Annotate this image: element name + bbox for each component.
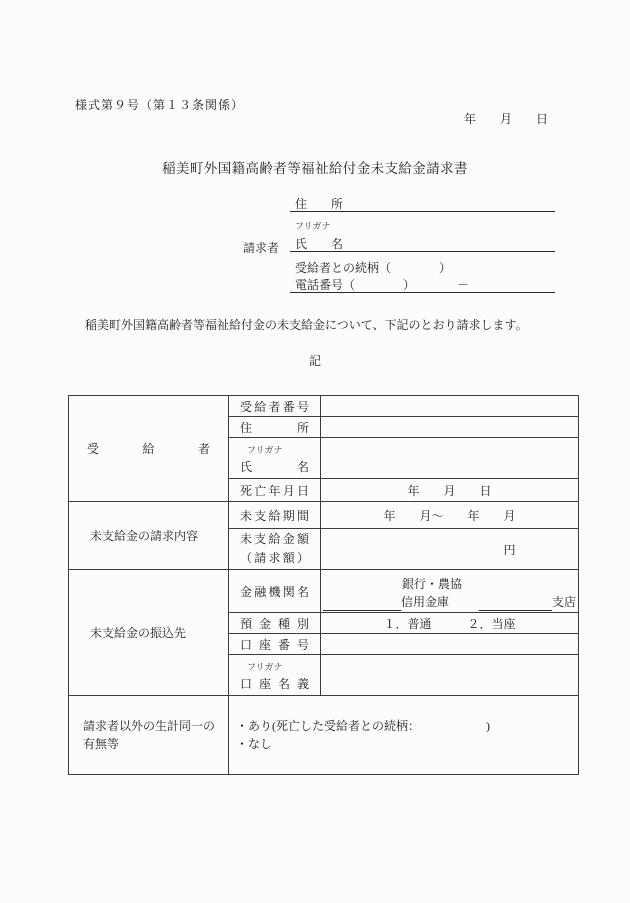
livelihood-label-cell: 請求者以外の生計同一の 有無等 bbox=[69, 696, 229, 775]
account-number-value-cell bbox=[321, 634, 579, 655]
table-row: 受 給 者 受給者番号 bbox=[69, 396, 579, 417]
branch-name-blank-underline bbox=[479, 596, 552, 611]
bank-fill-line: 信用金庫 支店 bbox=[321, 594, 578, 611]
recipient-name-label-cell: フリガナ 氏 名 bbox=[229, 438, 321, 479]
livelihood-option-nashi: ・なし bbox=[236, 735, 578, 753]
recipient-number-value-cell bbox=[321, 396, 579, 417]
unpaid-period-label: 未支給期間 bbox=[229, 502, 321, 529]
account-furigana-label: フリガナ bbox=[229, 660, 320, 675]
bank-name-label: 金融機関名 bbox=[229, 570, 321, 613]
deposit-type-label: 預金種別 bbox=[229, 613, 321, 634]
recipient-address-label: 住 所 bbox=[229, 417, 321, 438]
table-row: 未支給金の振込先 金融機関名 銀行・農協 信用金庫 支店 bbox=[69, 570, 579, 613]
recipient-furigana-label: フリガナ bbox=[229, 443, 320, 458]
claim-group-label: 未支給金の請求内容 bbox=[69, 502, 229, 570]
livelihood-option-ari: ・あり(死亡した受給者との続柄： ) bbox=[236, 717, 578, 735]
death-date-label: 死亡年月日 bbox=[229, 479, 321, 502]
document-page: 様式第９号（第１３条関係） 年 月 日 稲美町外国籍高齢者等福祉給付金未支給金請… bbox=[0, 0, 630, 903]
date-line: 年 月 日 bbox=[464, 110, 548, 127]
unpaid-amount-label: 未支給金額 bbox=[229, 530, 320, 549]
recipient-address-value-cell bbox=[321, 417, 579, 438]
claimant-group-label: 請求者 bbox=[243, 239, 279, 256]
livelihood-label-line2: 有無等 bbox=[83, 735, 228, 753]
claim-amount-sublabel: （請求額） bbox=[229, 549, 320, 568]
account-name-value-cell bbox=[321, 655, 579, 696]
bank-type-bottom: 信用金庫 bbox=[401, 594, 449, 611]
claim-detail-table: 受 給 者 受給者番号 住 所 フリガナ 氏 名 死亡年月日 年 月 日 bbox=[68, 395, 579, 775]
recipient-name-value-cell bbox=[321, 438, 579, 479]
livelihood-label-line1: 請求者以外の生計同一の bbox=[83, 717, 228, 735]
form-number: 様式第９号（第１３条関係） bbox=[75, 96, 244, 113]
amount-unit-yen: 円 bbox=[321, 529, 579, 570]
death-date-value: 年 月 日 bbox=[321, 479, 579, 502]
account-name-label: 口座名義 bbox=[229, 675, 320, 694]
claimant-relation-field: 受給者との続柄（ ） bbox=[295, 259, 451, 276]
unpaid-period-value: 年 月～ 年 月 bbox=[321, 502, 579, 529]
request-statement: 稲美町外国籍高齢者等福祉給付金の未支給金について、下記のとおり請求します。 bbox=[85, 316, 528, 333]
table-row: 未支給金の請求内容 未支給期間 年 月～ 年 月 bbox=[69, 502, 579, 529]
claimant-name-field: 氏 名 bbox=[290, 235, 555, 252]
branch-suffix: 支店 bbox=[552, 594, 576, 611]
recipient-group-label: 受 給 者 bbox=[69, 396, 229, 502]
claimant-address-field: 住 所 bbox=[290, 195, 555, 212]
bank-name-value-cell: 銀行・農協 信用金庫 支店 bbox=[321, 570, 579, 613]
bank-type-top: 銀行・農協 bbox=[321, 574, 578, 594]
section-mark: 記 bbox=[0, 352, 630, 369]
table-row: 請求者以外の生計同一の 有無等 ・あり(死亡した受給者との続柄： ) ・なし bbox=[69, 696, 579, 775]
recipient-number-label: 受給者番号 bbox=[229, 396, 321, 417]
deposit-type-value: １．普通 ２．当座 bbox=[321, 613, 579, 634]
unpaid-amount-label-cell: 未支給金額 （請求額） bbox=[229, 529, 321, 570]
bank-name-blank-underline bbox=[323, 596, 401, 611]
claimant-phone-field: 電話番号（ ） － bbox=[290, 276, 555, 293]
document-title: 稲美町外国籍高齢者等福祉給付金未支給金請求書 bbox=[0, 157, 630, 177]
recipient-name-label: 氏 名 bbox=[229, 458, 320, 477]
transfer-group-label: 未支給金の振込先 bbox=[69, 570, 229, 696]
claimant-furigana-label: フリガナ bbox=[295, 219, 331, 232]
livelihood-options-cell: ・あり(死亡した受給者との続柄： ) ・なし bbox=[229, 696, 579, 775]
account-name-label-cell: フリガナ 口座名義 bbox=[229, 655, 321, 696]
account-number-label: 口座番号 bbox=[229, 634, 321, 655]
